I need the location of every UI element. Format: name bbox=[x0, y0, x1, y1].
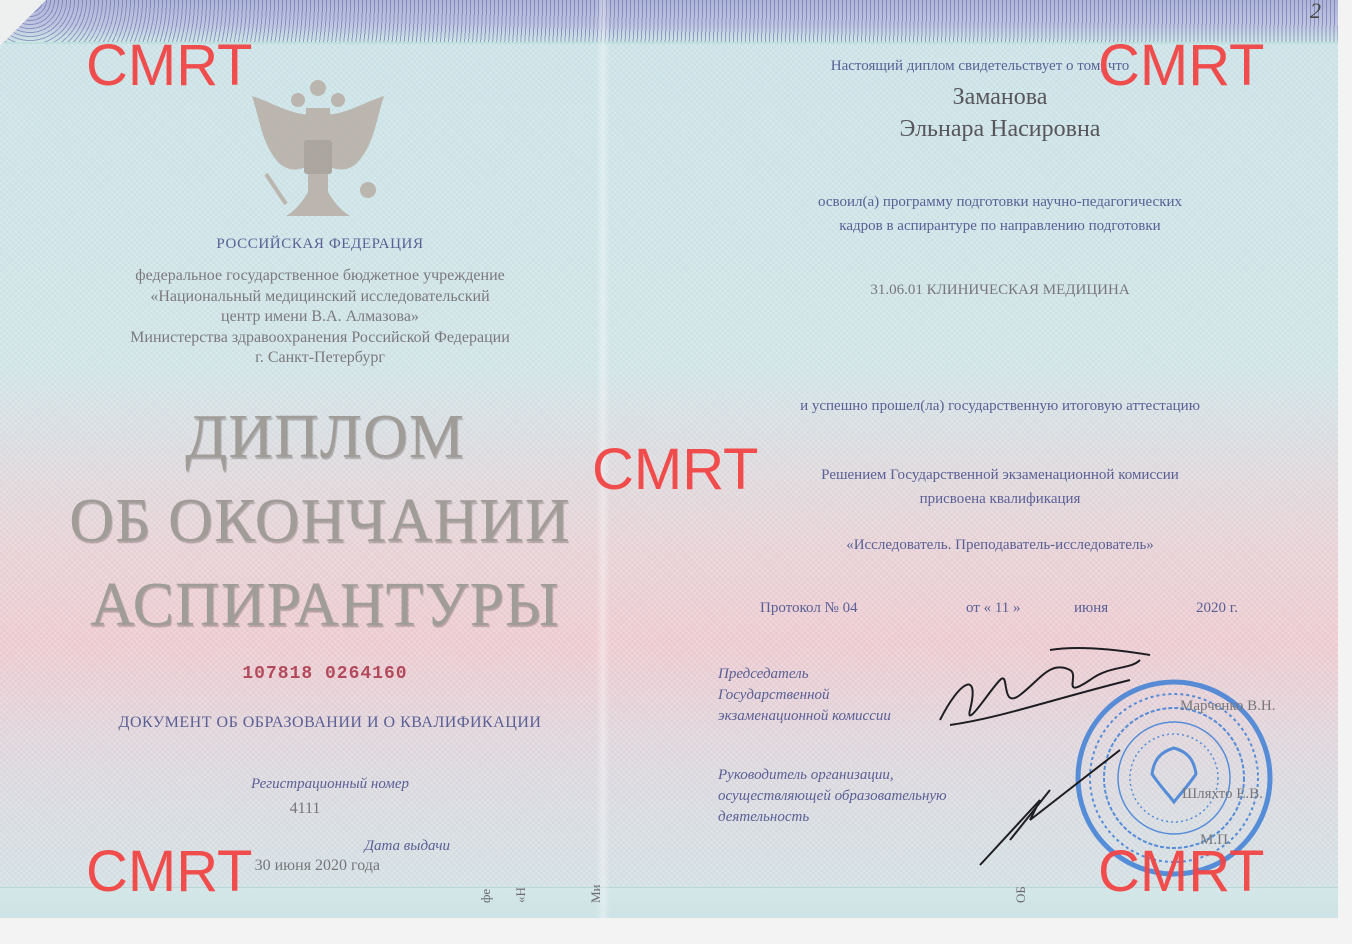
attestation-statement: и успешно прошел(ла) государственную ито… bbox=[740, 398, 1260, 415]
page-mark: 2 bbox=[1310, 0, 1321, 24]
institution-line: центр имени В.А. Алмазова» bbox=[60, 307, 580, 328]
diploma-title-line-3: АСПИРАНТУРЫ bbox=[60, 570, 590, 641]
country-heading: РОССИЙСКАЯ ФЕДЕРАЦИЯ bbox=[150, 236, 490, 253]
russian-coat-of-arms-icon bbox=[246, 74, 390, 224]
document-type: ДОКУМЕНТ ОБ ОБРАЗОВАНИИ И О КВАЛИФИКАЦИИ bbox=[60, 714, 600, 732]
chairman-label-line: экзаменационной комиссии bbox=[718, 706, 891, 727]
watermark: CMRT bbox=[1098, 32, 1264, 99]
decision-line: присвоена квалификация bbox=[740, 487, 1260, 511]
institution-line: «Национальный медицинский исследовательс… bbox=[60, 287, 580, 308]
spine-fragment: ОБ bbox=[1013, 886, 1029, 903]
head-label-line: деятельность bbox=[718, 807, 947, 828]
protocol-number: Протокол № 04 bbox=[760, 600, 858, 617]
institution-block: федеральное государственное бюджетное уч… bbox=[60, 266, 580, 369]
diploma-title-line-2: ОБ ОКОНЧАНИИ bbox=[40, 486, 600, 557]
watermark: CMRT bbox=[86, 838, 252, 905]
watermark: CMRT bbox=[86, 32, 252, 99]
protocol-month: июня bbox=[1074, 600, 1108, 617]
chairman-label-line: Государственной bbox=[718, 685, 891, 706]
institution-line: г. Санкт-Петербург bbox=[60, 348, 580, 369]
protocol-year: 2020 г. bbox=[1196, 600, 1238, 617]
watermark: CMRT bbox=[1098, 838, 1264, 905]
institution-line: Министерства здравоохранения Российской … bbox=[60, 328, 580, 349]
spine-fragment: «Н bbox=[513, 887, 529, 903]
folded-corner bbox=[0, 0, 46, 46]
head-label-line: осуществляющей образовательную bbox=[718, 786, 947, 807]
head-of-organization-label: Руководитель организации, осуществляющей… bbox=[718, 765, 947, 828]
program-line: освоил(а) программу подготовки научно-пе… bbox=[740, 190, 1260, 214]
diploma-title-line-1: ДИПЛОМ bbox=[60, 402, 590, 473]
program-line: кадров в аспирантуре по направлению подг… bbox=[740, 214, 1260, 238]
serial-number: 107818 0264160 bbox=[150, 664, 500, 684]
watermark: CMRT bbox=[592, 436, 758, 503]
registration-number: 4111 bbox=[200, 800, 410, 818]
chairman-signature bbox=[930, 640, 1160, 740]
chairman-label-line: Председатель bbox=[718, 664, 891, 685]
chairman-label: Председатель Государственной экзаменацио… bbox=[718, 664, 891, 727]
protocol-day: от « 11 » bbox=[966, 600, 1021, 617]
head-name: Шляхто Е.В. bbox=[1182, 786, 1263, 803]
institution-line: федеральное государственное бюджетное уч… bbox=[60, 266, 580, 287]
decision-line: Решением Государственной экзаменационной… bbox=[740, 463, 1260, 487]
graduate-given-names: Эльнара Насировна bbox=[760, 116, 1240, 143]
registration-number-label: Регистрационный номер bbox=[200, 776, 460, 793]
program-description: освоил(а) программу подготовки научно-пе… bbox=[740, 190, 1260, 238]
spine-fragment: Ми bbox=[588, 884, 604, 903]
head-label-line: Руководитель организации, bbox=[718, 765, 947, 786]
qualification: «Исследователь. Преподаватель-исследоват… bbox=[740, 537, 1260, 554]
commission-decision: Решением Государственной экзаменационной… bbox=[740, 463, 1260, 511]
spine-fragment: фе bbox=[478, 889, 494, 903]
specialty: 31.06.01 КЛИНИЧЕСКАЯ МЕДИЦИНА bbox=[740, 282, 1260, 299]
chairman-name: Марченко В.Н. bbox=[1180, 698, 1275, 715]
